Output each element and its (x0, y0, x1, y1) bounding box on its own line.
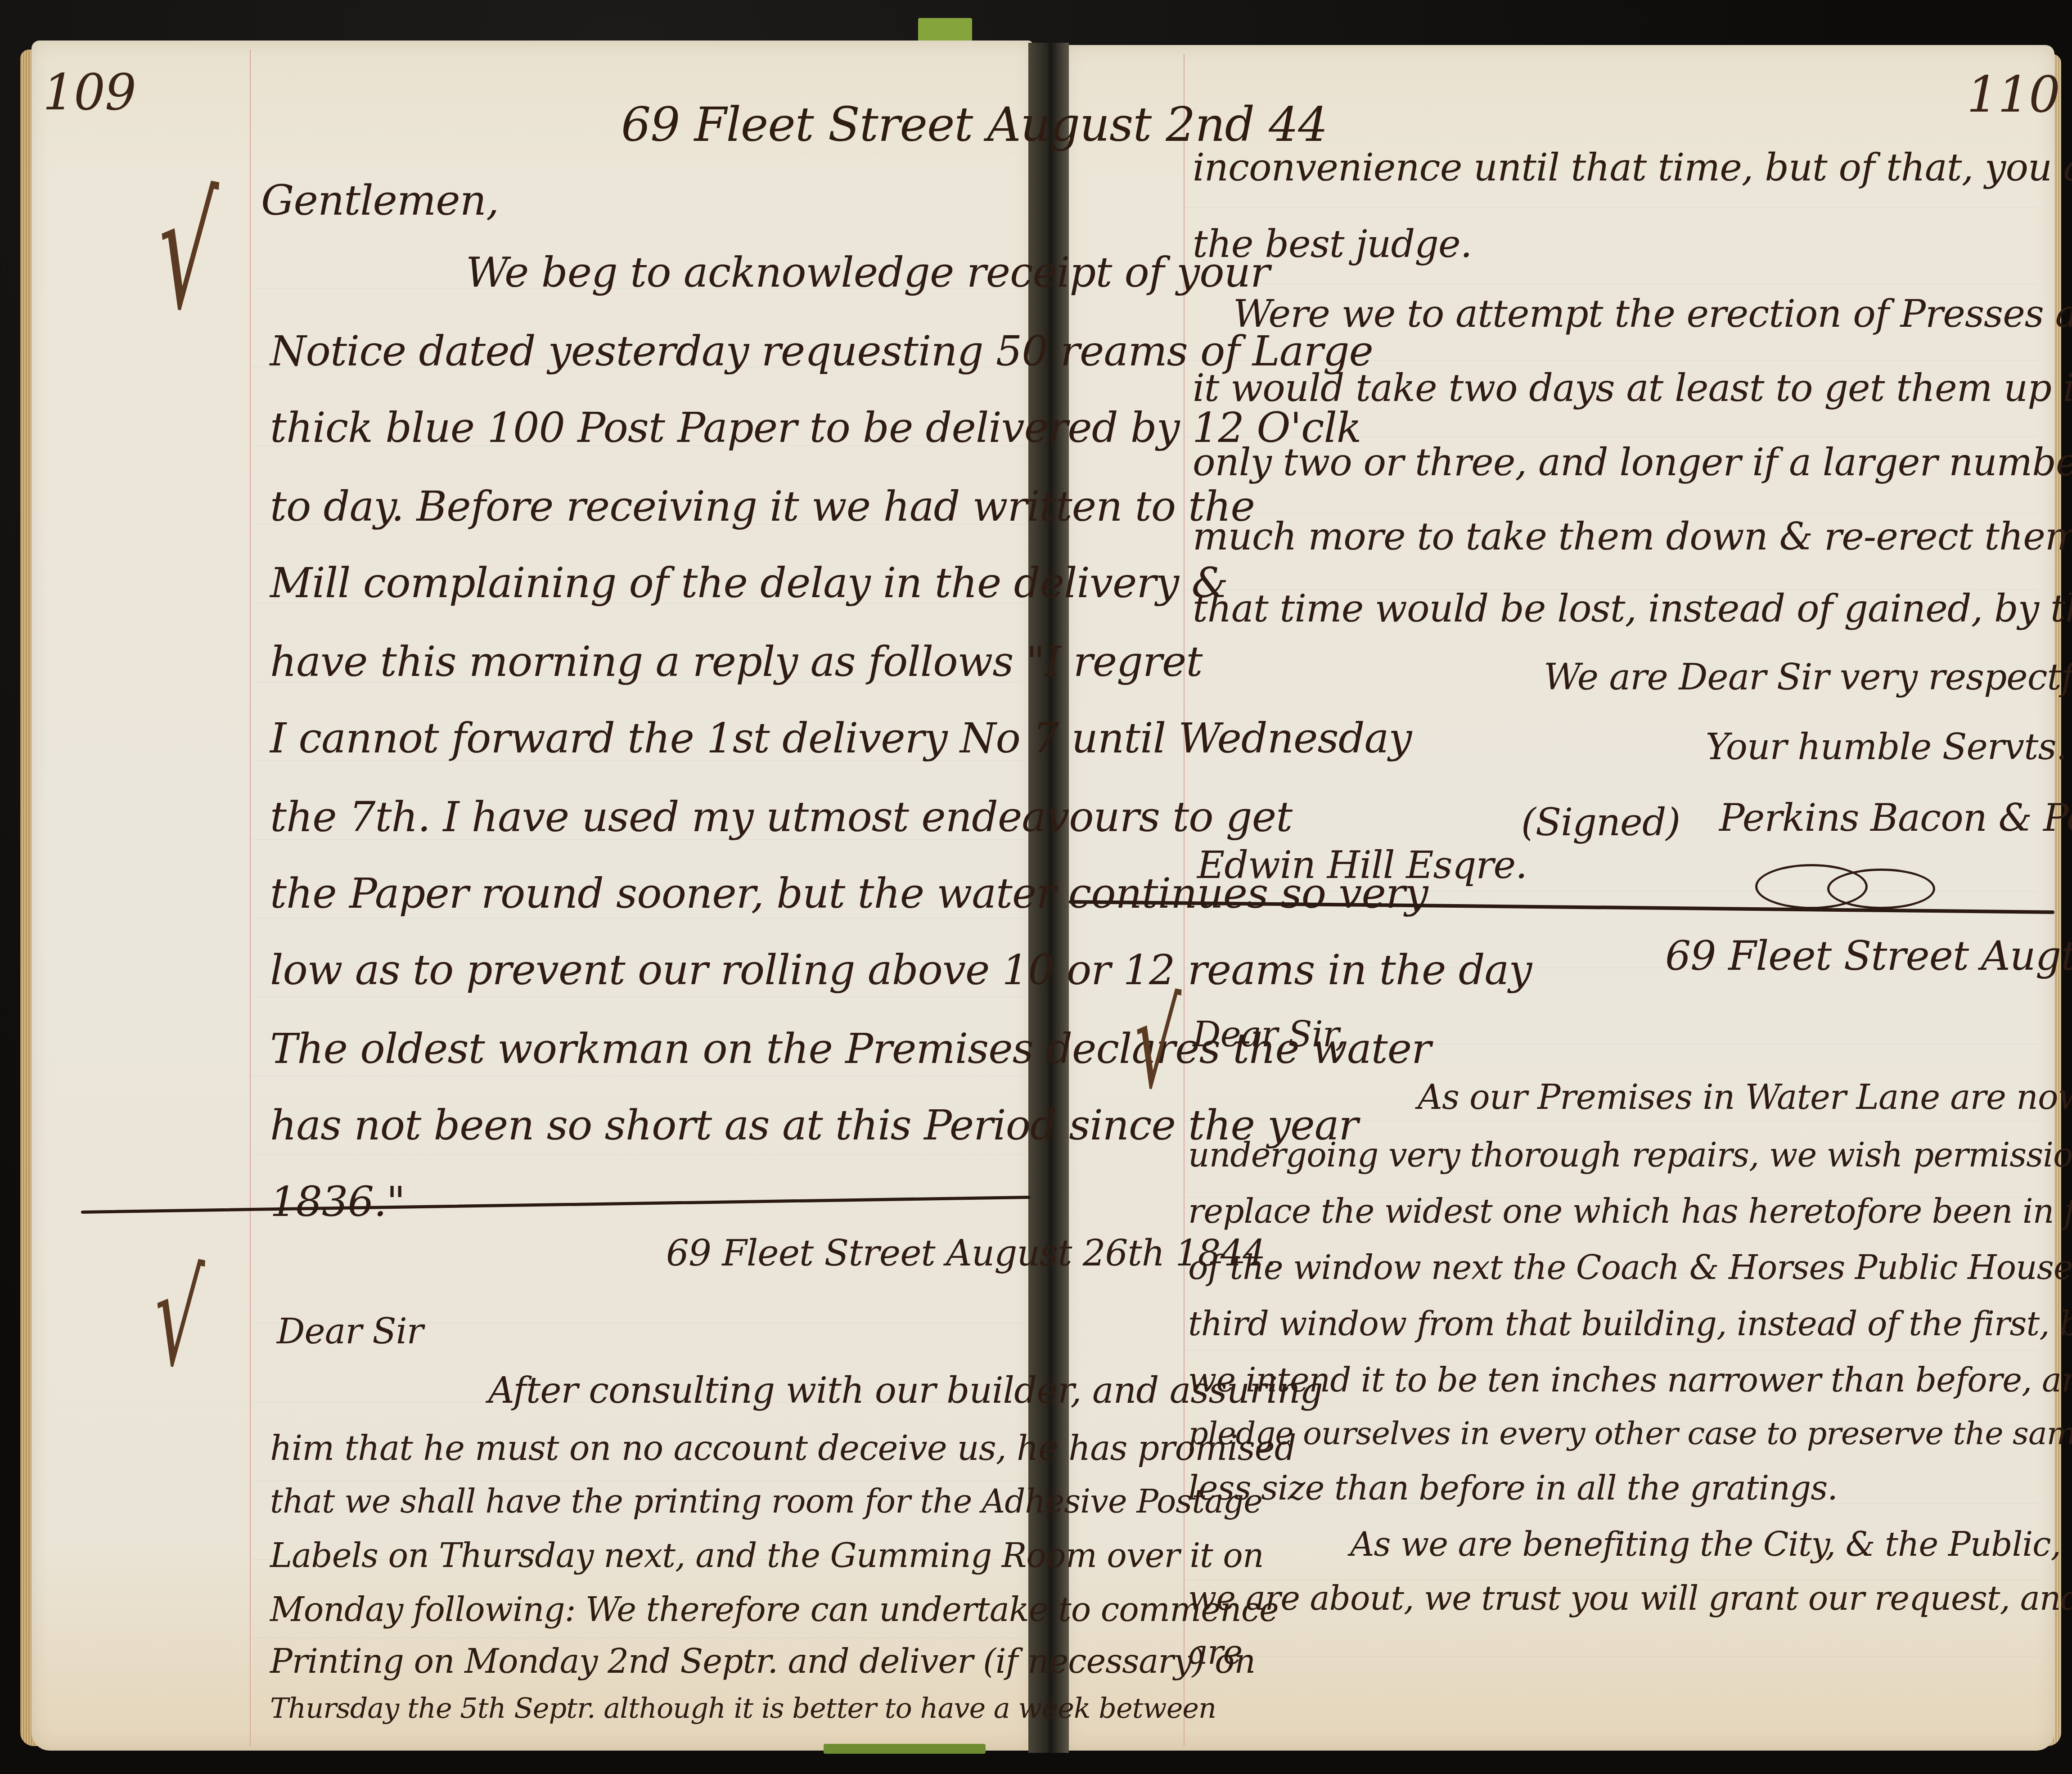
body-line: the 7th. I have used my utmost endeavour… (270, 797, 1292, 838)
body-line: As we are benefiting the City, & the Pub… (1350, 1528, 2072, 1561)
body-line: have this morning a reply as follows "I … (270, 641, 1202, 683)
addressee-line: Edwin Hill Esqre. (1197, 846, 1527, 884)
body-line: We beg to acknowledge receipt of your (466, 252, 1270, 293)
body-line: Monday following: We therefore can under… (270, 1593, 1279, 1626)
body-line: Mill complaining of the delay in the del… (270, 563, 1228, 604)
body-line: only two or three, and longer if a large… (1193, 443, 2072, 481)
letter2-heading: 69 Fleet Street August 26th 1844. (666, 1235, 1276, 1271)
body-line: of the window next the Coach & Horses Pu… (1188, 1251, 2072, 1284)
letter2-salutation: Dear Sir (277, 1314, 423, 1349)
body-line: Were we to attempt the erection of Press… (1233, 295, 2072, 333)
page-number-left: 109 (43, 68, 136, 117)
body-line: inconvenience until that time, but of th… (1193, 149, 2072, 186)
body-line: we intend it to be ten inches narrower t… (1188, 1364, 2072, 1397)
check-mark-icon: √ (154, 166, 220, 338)
firm-signature: Perkins Bacon & Petch (1719, 799, 2072, 837)
body-line: Labels on Thursday next, and the Gumming… (270, 1539, 1264, 1572)
letter3-heading: 69 Fleet Street Augt. 24th 1844. (1665, 936, 2072, 977)
body-line: him that he must on no account deceive u… (270, 1431, 1296, 1465)
body-line: are (1188, 1636, 1242, 1669)
body-line: the best judge. (1193, 225, 1472, 263)
body-line: low as to prevent our rolling above 10 o… (270, 950, 1531, 991)
bookmark-ribbon-bottom (824, 1744, 986, 1754)
body-line: Thursday the 5th Septr. although it is b… (270, 1694, 1216, 1722)
check-mark-icon: √ (151, 1247, 206, 1390)
body-line: third window from that building, instead… (1188, 1307, 2072, 1341)
closing-line: We are Dear Sir very respectfully (1544, 659, 2072, 695)
letter1-salutation: Gentlemen, (261, 180, 499, 221)
body-line: to day. Before receiving it we had writt… (270, 486, 1255, 527)
body-line: As our Premises in Water Lane are now (1418, 1080, 2072, 1114)
body-line: undergoing very thorough repairs, we wis… (1188, 1139, 2072, 1172)
body-line: pledge ourselves in every other case to … (1188, 1418, 2072, 1449)
signature-flourish-icon (1827, 869, 1935, 909)
body-line: much more to take them down & re-erect t… (1193, 518, 2072, 555)
body-line: replace the widest one which has heretof… (1188, 1195, 2072, 1228)
body-line: that time would be lost, instead of gain… (1193, 590, 2072, 627)
body-line: we are about, we trust you will grant ou… (1188, 1582, 2072, 1615)
signed-note: (Signed) (1521, 803, 1680, 841)
check-mark-icon: √ (1131, 977, 1182, 1111)
page-number-right: 110 (1967, 70, 2060, 119)
closing-line: Your humble Servts. (1706, 729, 2067, 765)
body-line: I cannot forward the 1st delivery No 7 u… (270, 718, 1411, 759)
body-line: that we shall have the printing room for… (270, 1485, 1262, 1517)
body-line: it would take two days at least to get t… (1193, 369, 2072, 407)
left-margin-rule (250, 50, 251, 1746)
letter3-salutation: Dear Sir, (1193, 1017, 1346, 1052)
letter1-heading: 69 Fleet Street August 2nd 44 (621, 101, 1327, 148)
body-line: Printing on Monday 2nd Septr. and delive… (270, 1645, 1255, 1678)
body-line: 1836." (270, 1181, 405, 1223)
body-line: less size than before in all the grating… (1188, 1472, 1838, 1505)
